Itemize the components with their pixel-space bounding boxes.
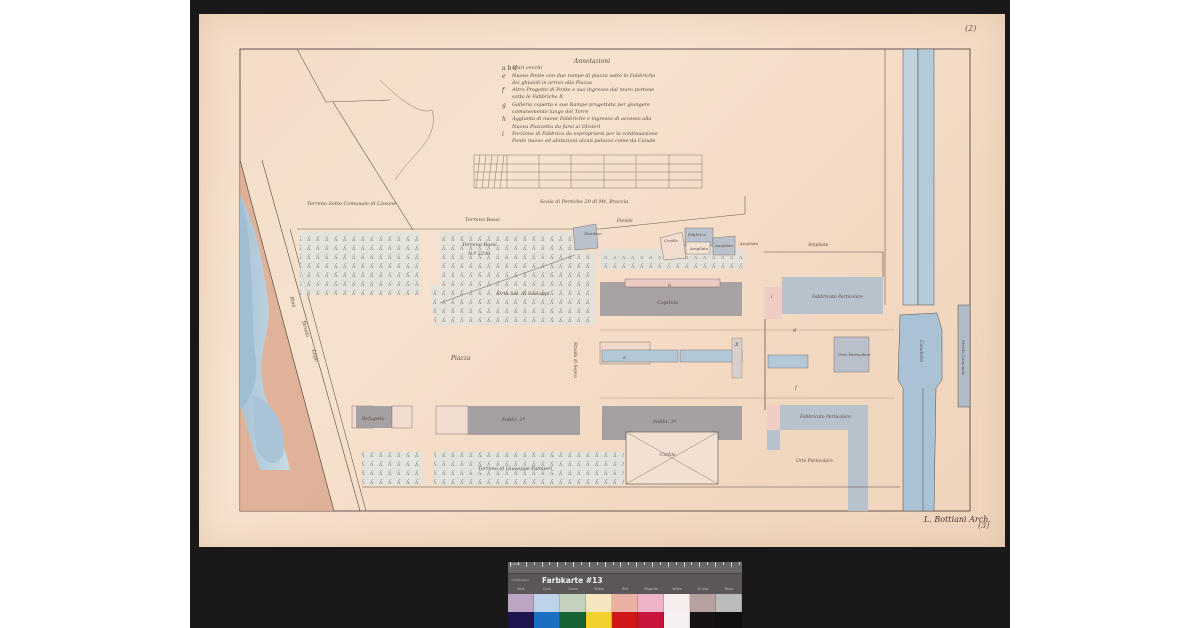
label-cortile-top: Cortile bbox=[664, 238, 679, 243]
label-riva: Riva bbox=[288, 295, 297, 308]
ruler-label: inches bbox=[510, 562, 520, 566]
label-lago: Lago bbox=[310, 348, 319, 363]
label-fabbrica-2: Fabbr. 2ª bbox=[501, 417, 526, 423]
label-scale: Scala di Pertiche 20 di Mt. Braccia bbox=[540, 199, 628, 205]
label-capitolo: Capitolo bbox=[657, 300, 678, 306]
legend-row: Nuova Piazzetta da farsi ai Olivieri bbox=[502, 124, 702, 131]
swatch bbox=[586, 594, 612, 612]
label-fabbrica-3: Fabbr. 3ª bbox=[652, 419, 677, 425]
swatch bbox=[508, 594, 534, 612]
label-terreno-palmieri: Terreno di Giuseppe Palmieri bbox=[478, 466, 553, 472]
swatch bbox=[664, 594, 690, 612]
swatch bbox=[586, 612, 612, 628]
architect-signature: L. Bottiani Arch. bbox=[924, 515, 991, 524]
legend-row: a b dMuri vecchi bbox=[502, 65, 702, 72]
label-letter-g: g bbox=[793, 327, 796, 333]
label-terreno-bassi-number: N.º 2236 bbox=[467, 251, 491, 257]
color-calibration-chart: inches centimeters Farbkarte #13 Blue Cy… bbox=[508, 562, 742, 628]
legend-row: gGalleria coperta e sue Rampe progettata… bbox=[502, 102, 702, 109]
garden-terreno-bassi bbox=[430, 232, 595, 325]
label-cortile-bottom: Cortile bbox=[660, 452, 676, 458]
label-piazza: Piazza bbox=[450, 355, 471, 362]
label-ampliato-3: Ampliato bbox=[739, 241, 759, 246]
label-ampliato-4: Ampliato bbox=[807, 242, 829, 248]
color-chart-title: Farbkarte #13 bbox=[542, 576, 603, 585]
garden-left-top bbox=[300, 232, 420, 296]
building-fabbricato-bottom-right bbox=[767, 405, 868, 511]
swatch bbox=[534, 612, 560, 628]
label-letter-e: e bbox=[623, 355, 626, 361]
swatch bbox=[638, 612, 664, 628]
label-strada-comunale: Strada Comunale bbox=[961, 340, 966, 376]
swatch bbox=[690, 594, 716, 612]
label-fabbrica-top: Fabbrica bbox=[687, 232, 706, 237]
swatch bbox=[612, 594, 638, 612]
label-strada: Strada bbox=[300, 320, 310, 338]
light-swatch-row bbox=[508, 594, 742, 612]
label-terreno-sotto-comunale: Terreno Sotto Comunale di Lissone bbox=[307, 201, 396, 207]
legend-row: dei ghiaioli in arrivo alla Piazza bbox=[502, 80, 702, 87]
label-refugetto: Refugetto bbox=[361, 416, 385, 422]
swatch bbox=[534, 594, 560, 612]
label-giardino: Giardino bbox=[584, 231, 602, 236]
label-canaletto: Canaletto bbox=[918, 340, 924, 362]
legend-row: fAltro Progetto di Ponte e suo ingresso … bbox=[502, 87, 702, 94]
garden-bottom-left bbox=[362, 452, 422, 485]
chart-sub-label: centimeters bbox=[511, 578, 529, 582]
label-fabbricato-bottom: Fabbricato Particolare bbox=[799, 414, 851, 420]
canaletto bbox=[898, 49, 970, 511]
label-ampliato-1: Ampliato bbox=[689, 246, 709, 251]
ruler: inches bbox=[508, 562, 742, 574]
label-letter-x: X bbox=[734, 342, 739, 348]
swatch-labels: Blue Cyan Green Yellow Red Magenta White… bbox=[508, 587, 742, 591]
building-cortile bbox=[626, 432, 718, 484]
swatch bbox=[638, 594, 664, 612]
swatch bbox=[612, 612, 638, 628]
label-terreno-bassi-top: Terreno Bassi bbox=[465, 217, 500, 223]
label-orto-bottom: Orto Particolare bbox=[796, 458, 833, 464]
label-orto: Orto Sol. di Scaloppi bbox=[497, 291, 550, 297]
legend-row: hAggiunta di nuove Fabbriche e ingresso … bbox=[502, 116, 702, 123]
label-letter-h: h bbox=[668, 283, 671, 289]
scale-bar bbox=[474, 155, 702, 188]
swatch bbox=[690, 612, 716, 628]
swatch bbox=[560, 594, 586, 612]
swatch bbox=[508, 612, 534, 628]
lake-shore-region bbox=[240, 160, 360, 511]
swatch bbox=[716, 594, 742, 612]
swatch bbox=[664, 612, 690, 628]
legend-row: comunemente lungo del Torre bbox=[502, 109, 702, 116]
label-orto-particolare: Orto Particolare bbox=[838, 352, 871, 357]
label-fienile: Fienile bbox=[616, 218, 633, 224]
dark-swatch-row bbox=[508, 612, 742, 628]
ruler-ticks bbox=[510, 562, 740, 573]
legend-row: Ponte nuovo ed abitazioni alcun palazzo … bbox=[502, 138, 702, 145]
swatch bbox=[560, 612, 586, 628]
label-fabbricato-particolare: Fabbricato Particolare bbox=[811, 294, 863, 300]
label-strada-vertical: Strada di Sopra bbox=[572, 342, 578, 378]
label-terreno-bassi: Terreno Bassi bbox=[462, 242, 497, 248]
label-ampliato-2: Ampliato bbox=[714, 243, 734, 248]
page-number-top: (2) bbox=[965, 24, 976, 33]
label-letter-f: f bbox=[794, 385, 798, 391]
building-fabbricato-top-right bbox=[764, 252, 883, 319]
legend-row: eNuovo Ponte con due rampe di piazza sot… bbox=[502, 73, 702, 80]
legend-annotations: Annotazioni a b dMuri vecchi eNuovo Pont… bbox=[502, 58, 702, 146]
legend-row: iPorzione di Fabbrica da espropriarsi pe… bbox=[502, 131, 702, 138]
swatch bbox=[716, 612, 742, 628]
legend-row: sotto le Fabbriche X bbox=[502, 94, 702, 101]
legend-title: Annotazioni bbox=[562, 58, 622, 65]
